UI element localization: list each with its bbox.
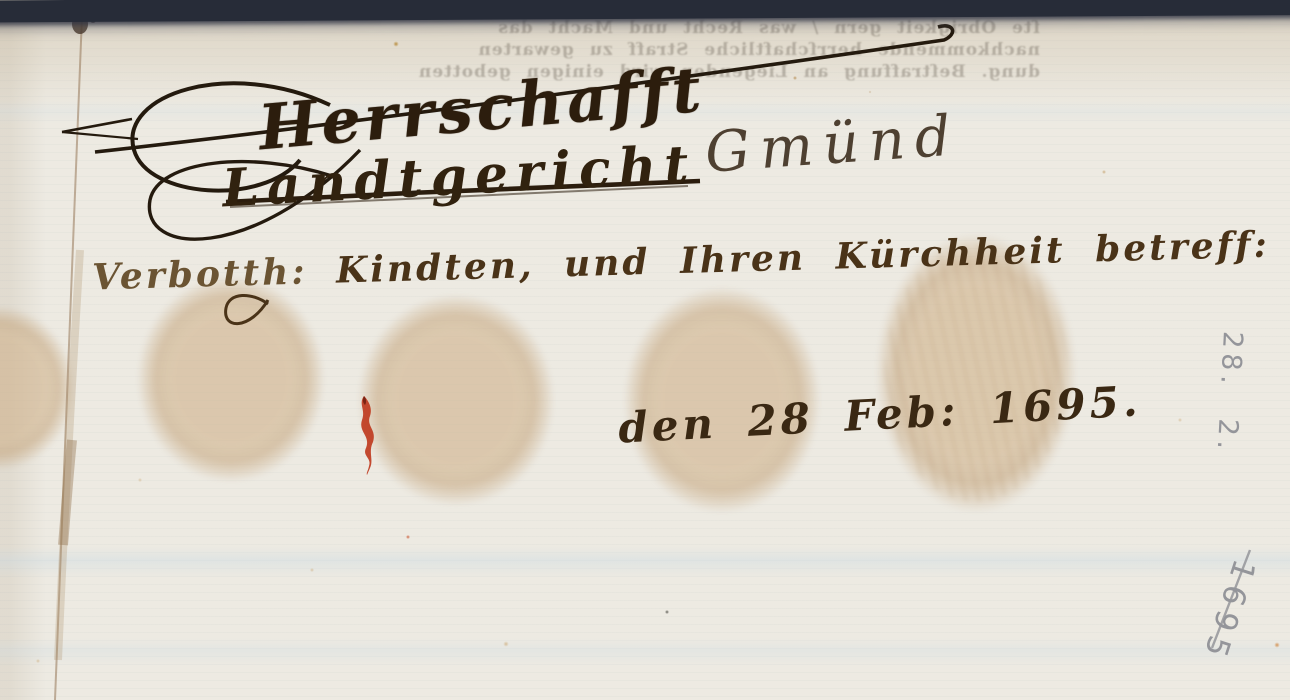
pencil-annotation-date: 28. 2. — [1211, 330, 1248, 455]
manuscript-photo: ſte Obrigkeit gern / was Recht und Macht… — [0, 0, 1290, 700]
subject-prefix: Verbotth: — [92, 250, 308, 298]
